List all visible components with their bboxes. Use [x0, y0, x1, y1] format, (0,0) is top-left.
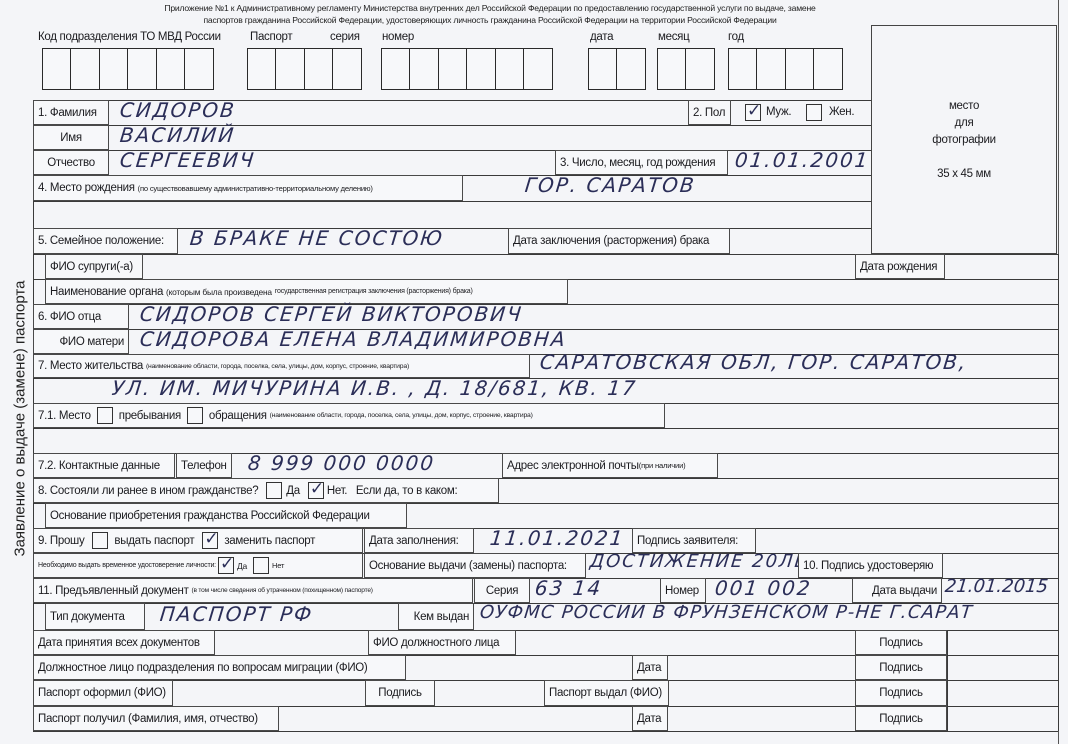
marriage-date-label: Дата заключения (расторжения) брака	[508, 228, 730, 254]
doc-label: 11. Предъявленный документ (в том числе …	[33, 578, 473, 603]
issue-date-value[interactable]: 21.01.2015	[944, 576, 1049, 597]
mother-value[interactable]: СИДОРОВА ЕЛЕНА ВЛАДИМИРОВНА	[139, 327, 568, 351]
official-name-label: ФИО должностного лица	[368, 630, 516, 655]
acquisition-label: Основание приобретения гражданства Росси…	[45, 503, 407, 528]
stay-checkbox[interactable]	[97, 407, 113, 424]
name-value[interactable]: ВАСИЛИЙ	[119, 123, 237, 147]
form-header: Приложение №1 к Административному реглам…	[110, 2, 870, 26]
father-label: 6. ФИО отца	[33, 304, 129, 329]
contacts-label: 7.2. Контактные данные	[33, 453, 175, 478]
sign-label-1: Подпись	[855, 630, 947, 655]
citizenship-row: 8. Состояли ли ранее в ином гражданстве?…	[33, 478, 499, 503]
sex-male-label: Муж.	[766, 106, 791, 118]
father-value[interactable]: СИДОРОВ СЕРГЕЙ ВИКТОРОВИЧ	[139, 302, 524, 326]
surname-value[interactable]: СИДОРОВ	[119, 98, 237, 122]
registry-label: Наименование органа (которым была произв…	[45, 279, 568, 304]
migration-officer-label: Должностное лицо подразделения по вопрос…	[33, 655, 406, 680]
prepared-by-label: Паспорт оформил (ФИО)	[33, 680, 173, 706]
sign-label-3: Подпись	[855, 680, 947, 706]
received-by-label: Паспорт получил (Фамилия, имя, отчество)	[33, 706, 279, 731]
email-label: Адрес электронной почты(при наличии)	[502, 453, 718, 478]
issued-by-value[interactable]: ОУФМС РОССИИ В ФРУНЗЕНСКОМ Р-НЕ Г.САРАТ	[479, 602, 974, 623]
doc-type-value[interactable]: ПАСПОРТ РФ	[159, 602, 315, 626]
surname-label: 1. Фамилия	[33, 100, 109, 125]
temp-id-no-checkbox[interactable]	[253, 557, 269, 574]
photo-placeholder: место для фотографии 35 х 45 мм	[871, 25, 1057, 254]
citizenship-yes-checkbox[interactable]	[266, 482, 282, 499]
unit-code-cells[interactable]	[43, 48, 214, 90]
citizenship-no-checkbox[interactable]	[308, 482, 324, 499]
issue-passport-checkbox[interactable]	[92, 532, 108, 549]
replace-passport-checkbox[interactable]	[202, 532, 218, 549]
issued-by-label: Кем выдан	[398, 603, 474, 630]
patronymic-value[interactable]: СЕРГЕЕВИЧ	[119, 148, 257, 172]
temp-id-row: Необходимо выдать временное удостоверени…	[33, 553, 363, 578]
unit-code-label: Код подразделения ТО МВД России	[38, 31, 221, 43]
request-row: 9. Прошу выдать паспорт заменить паспорт	[33, 528, 363, 553]
issued-by-officer-label: Паспорт выдал (ФИО)	[544, 680, 669, 706]
reason-value[interactable]: ДОСТИЖЕНИЕ 20ЛЕТ	[589, 551, 822, 572]
sex-male-checkbox[interactable]	[745, 104, 761, 121]
patronymic-label: Отчество	[33, 150, 109, 175]
header-line-1: Приложение №1 к Административному реглам…	[110, 2, 870, 14]
passport-number-cells[interactable]	[382, 48, 553, 90]
fill-date-value[interactable]: 11.01.2021	[489, 526, 626, 550]
sign-label-prep: Подпись	[365, 680, 435, 706]
issue-date-label: Дата выдачи	[852, 578, 942, 603]
series-label: Серия	[474, 578, 530, 603]
number-label: Номер	[660, 578, 706, 603]
phone-value[interactable]: 8 999 000 0000	[247, 451, 437, 475]
photo-line-3: фотографии	[872, 132, 1056, 149]
birthplace-label: 4. Место рождения (по существовавшему ад…	[33, 175, 463, 201]
birthplace-value[interactable]: ГОР. САРАТОВ	[524, 173, 697, 197]
sign-label-4: Подпись	[855, 706, 947, 731]
number-value[interactable]: 001 002	[714, 576, 813, 600]
certify-label: 10. Подпись удостоверяю	[798, 553, 943, 578]
spouse-label: ФИО супруги(-а)	[45, 254, 143, 279]
year-label: год	[728, 31, 744, 43]
photo-size: 35 х 45 мм	[872, 166, 1056, 183]
passport-application-form: Приложение №1 к Административному реглам…	[0, 0, 1068, 744]
date-label-2: Дата	[632, 706, 668, 731]
name-label: Имя	[33, 125, 109, 150]
number-label-top: номер	[382, 31, 414, 43]
month-label: месяц	[658, 31, 689, 43]
series-label-top: серия	[330, 31, 360, 43]
photo-line-1: место	[872, 98, 1056, 115]
sign-label-2: Подпись	[855, 655, 947, 680]
spouse-birthdate-label: Дата рождения	[855, 254, 945, 279]
birthdate-label: 3. Число, месяц, год рождения	[555, 150, 728, 175]
residence-label: 7. Место жительства (наименование област…	[33, 354, 530, 378]
passport-label: Паспорт	[250, 31, 292, 43]
sex-label: 2. Пол	[688, 100, 731, 125]
birthdate-value[interactable]: 01.01.2001	[734, 148, 871, 172]
reason-label: Основание выдачи (замены) паспорта:	[364, 553, 586, 578]
sex-female-checkbox[interactable]	[806, 104, 822, 121]
passport-series-cells[interactable]	[248, 48, 362, 90]
fill-date-label: Дата заполнения:	[364, 528, 474, 553]
day-label: дата	[590, 31, 613, 43]
marital-value[interactable]: В БРАКЕ НЕ СОСТОЮ	[189, 226, 446, 250]
phone-label: Телефон	[176, 453, 232, 478]
marital-label: 5. Семейное положение:	[33, 228, 178, 254]
residence-value-line-1[interactable]: САРАТОВСКАЯ ОБЛ, ГОР. САРАТОВ,	[539, 350, 969, 374]
temp-id-yes-checkbox[interactable]	[218, 557, 234, 574]
header-line-2: паспортов гражданина Российской Федераци…	[110, 14, 870, 26]
applicant-sign-label: Подпись заявителя:	[632, 528, 756, 553]
photo-line-2: для	[872, 115, 1056, 132]
date-label-1: Дата	[632, 655, 668, 680]
year-cells[interactable]	[729, 48, 843, 90]
mother-label: ФИО матери	[33, 329, 129, 354]
accept-date-label: Дата принятия всех документов	[33, 630, 215, 655]
appeal-checkbox[interactable]	[187, 407, 203, 424]
place-71-row: 7.1. Место пребывания обращения (наимено…	[33, 403, 665, 428]
doc-type-label: Тип документа	[45, 603, 145, 630]
sex-female-label: Жен.	[829, 106, 854, 118]
series-value[interactable]: 63 14	[534, 576, 604, 600]
side-title: Заявление о выдаче (замене) паспорта	[12, 249, 29, 589]
residence-value-line-2[interactable]: УЛ. ИМ. МИЧУРИНА И.В. , Д. 18/681, КВ. 1…	[111, 376, 639, 400]
month-cells[interactable]	[658, 48, 715, 90]
day-cells[interactable]	[589, 48, 646, 90]
